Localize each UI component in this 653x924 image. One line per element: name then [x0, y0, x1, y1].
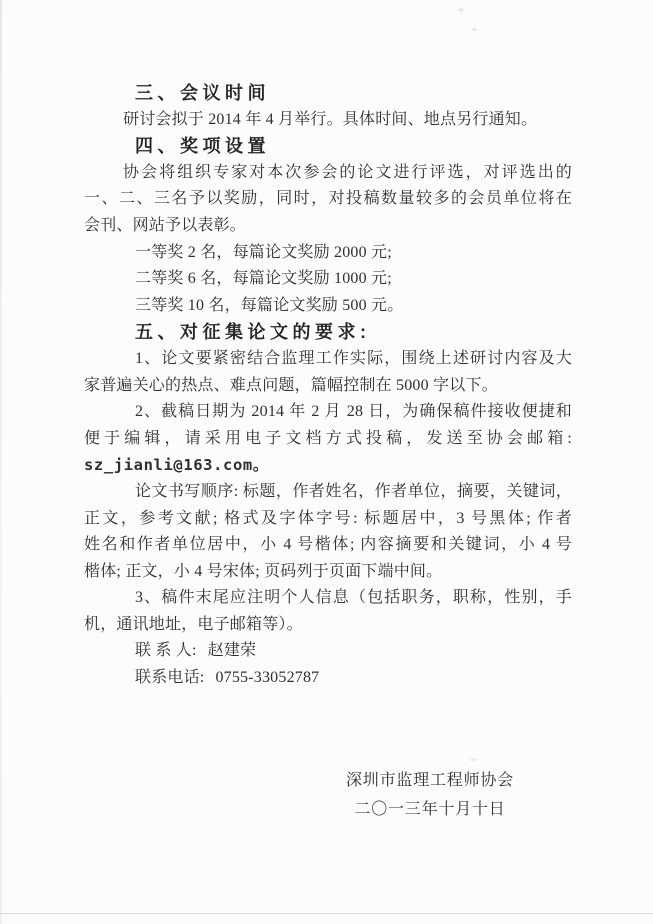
email-address: sz_jianli@163.com。 [84, 452, 572, 479]
requirement-3-line-1: 3、稿件末尾应注明个人信息（包括职务，职称，性别，手 [84, 585, 572, 612]
award-third-prize: 三等奖 10 名，每篇论文奖励 500 元。 [84, 293, 572, 320]
section-heading-requirements: 五、对征集论文的要求: [84, 319, 572, 346]
award-second-prize: 二等奖 6 名，每篇论文奖励 1000 元; [84, 266, 572, 293]
requirement-1-line-1: 1、论文要紧密结合监理工作实际，围绕上述研讨内容及大 [84, 346, 572, 373]
format-instructions-line-4: 楷体; 正文，小 4 号宋体; 页码列于页面下端中间。 [84, 559, 572, 586]
format-instructions-line-1: 论文书写顺序: 标题，作者姓名，作者单位，摘要，关键词， [84, 479, 572, 506]
para-awards-intro-line-1: 协会将组织专家对本次参会的论文进行评选，对评选出的 [84, 160, 572, 187]
award-first-prize: 一等奖 2 名，每篇论文奖励 2000 元; [84, 240, 572, 267]
contact-person-label: 联 系 人: [135, 642, 197, 659]
format-instructions-line-2: 正文，参考文献; 格式及字体字号: 标题居中，3 号黑体; 作者 [84, 506, 572, 533]
contact-phone-line: 联系电话:0755-33052787 [84, 665, 572, 692]
signature-block: 深圳市监理工程师协会 二〇一三年十月十日 [338, 766, 522, 824]
contact-person-line: 联 系 人:赵建荣 [84, 638, 572, 665]
requirement-1-line-2: 家普遍关心的热点、难点问题，篇幅控制在 5000 字以下。 [84, 373, 572, 400]
scan-speck [472, 28, 477, 31]
scan-line-artifact [0, 913, 653, 914]
contact-phone-label: 联系电话: [135, 669, 204, 686]
contact-phone-number: 0755-33052787 [215, 669, 319, 686]
section-heading-meeting-time: 三、会议时间 [84, 80, 572, 107]
document-body: 三、会议时间 研讨会拟于 2014 年 4 月举行。具体时间、地点另行通知。 四… [84, 80, 572, 692]
para-awards-intro-line-2: 一、二、三名予以奖励，同时，对投稿数量较多的会员单位将在 [84, 186, 572, 213]
format-instructions-line-3: 姓名和作者单位居中，小 4 号楷体; 内容摘要和关键词，小 4 号 [84, 532, 572, 559]
signature-organization: 深圳市监理工程师协会 [338, 766, 522, 795]
scan-edge-artifact [0, 0, 2, 924]
requirement-3-line-2: 机，通讯地址，电子邮箱等）。 [84, 612, 572, 639]
scanned-document-page: 三、会议时间 研讨会拟于 2014 年 4 月举行。具体时间、地点另行通知。 四… [0, 0, 653, 924]
requirement-2-line-1: 2、截稿日期为 2014 年 2 月 28 日，为确保稿件接收便捷和 [84, 399, 572, 426]
para-meeting-time: 研讨会拟于 2014 年 4 月举行。具体时间、地点另行通知。 [84, 107, 572, 134]
section-heading-awards: 四、奖项设置 [84, 133, 572, 160]
para-awards-intro-line-3: 会刊、网站予以表彰。 [84, 213, 572, 240]
signature-date: 二〇一三年十月十日 [338, 795, 522, 824]
scan-speck [458, 8, 464, 12]
scan-speck [470, 758, 477, 761]
requirement-2-line-2: 便于编辑，请采用电子文档方式投稿，发送至协会邮箱: [84, 426, 572, 453]
contact-person-name: 赵建荣 [208, 642, 257, 659]
